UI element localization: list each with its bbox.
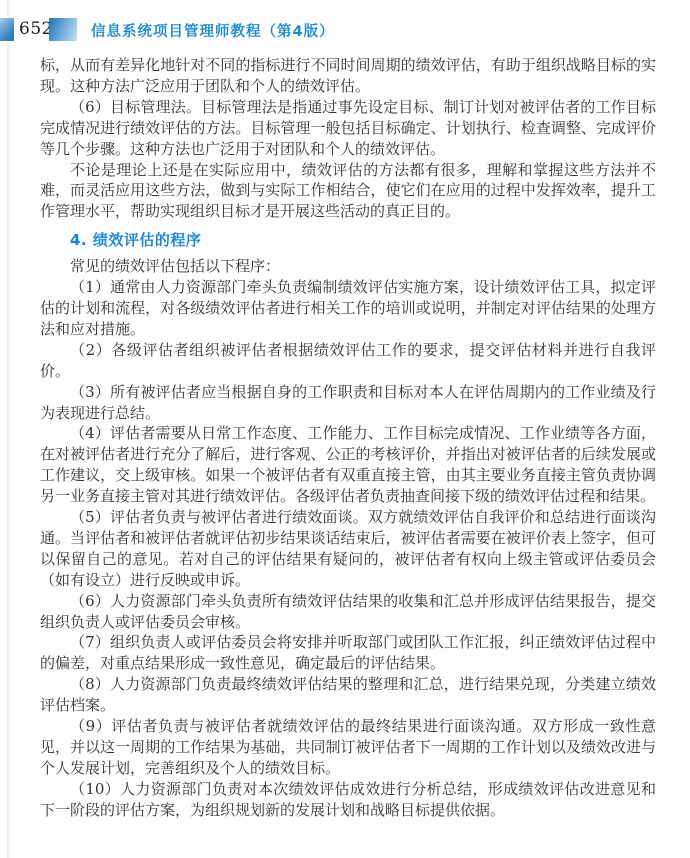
page-body: 标，从而有差异化地针对不同的指标进行不同时间周期的绩效评估，有助于组织战略目标的… [40, 55, 656, 821]
body-paragraph: （7）组织负责人或评估委员会将安排并听取部门或团队工作汇报，纠正绩效评估过程中的… [40, 632, 656, 674]
page-header: 652 信息系统项目管理师教程（第4版） [0, 18, 690, 41]
body-paragraph: （10）人力资源部门负责对本次绩效评估成效进行分析总结，形成绩效评估改进意见和下… [40, 779, 656, 821]
body-paragraph: （4）评估者需要从日常工作态度、工作能力、工作目标完成情况、工作业绩等各方面，在… [40, 423, 656, 507]
page-number: 652 [19, 18, 53, 41]
page-edge-shadow [7, 0, 10, 858]
body-paragraph: （9）评估者负责与被评估者就绩效评估的最终结果进行面谈沟通。双方形成一致性意见，… [40, 716, 656, 779]
body-paragraph: （8）人力资源部门负责最终绩效评估结果的整理和汇总，进行结果兑现，分类建立绩效评… [40, 674, 656, 716]
body-paragraph: 常见的绩效评估包括以下程序： [40, 256, 656, 277]
body-paragraph: （6）目标管理法。目标管理法是指通过事先设定目标、制订计划对被评估者的工作目标完… [40, 97, 656, 160]
book-title: 信息系统项目管理师教程（第4版） [91, 20, 335, 41]
section-heading: 4. 绩效评估的程序 [40, 230, 656, 251]
body-paragraph: （6）人力资源部门牵头负责所有绩效评估结果的收集和汇总并形成评估结果报告，提交组… [40, 591, 656, 633]
header-accent-block-left [0, 18, 14, 41]
body-paragraph: （1）通常由人力资源部门牵头负责编制绩效评估实施方案，设计绩效评估工具，拟定评估… [40, 277, 656, 340]
body-paragraph: （5）评估者负责与被评估者进行绩效面谈。双方就绩效评估自我评价和总结进行面谈沟通… [40, 507, 656, 591]
body-paragraph: （2）各级评估者组织被评估者根据绩效评估工作的要求，提交评估材料并进行自我评价。 [40, 340, 656, 382]
header-accent-block-right [49, 18, 77, 41]
body-paragraph: （3）所有被评估者应当根据自身的工作职责和目标对本人在评估周期内的工作业绩及行为… [40, 382, 656, 424]
body-paragraph: 标，从而有差异化地针对不同的指标进行不同时间周期的绩效评估，有助于组织战略目标的… [40, 55, 656, 97]
body-paragraph: 不论是理论上还是在实际应用中，绩效评估的方法都有很多，理解和掌握这些方法并不难，… [40, 160, 656, 223]
